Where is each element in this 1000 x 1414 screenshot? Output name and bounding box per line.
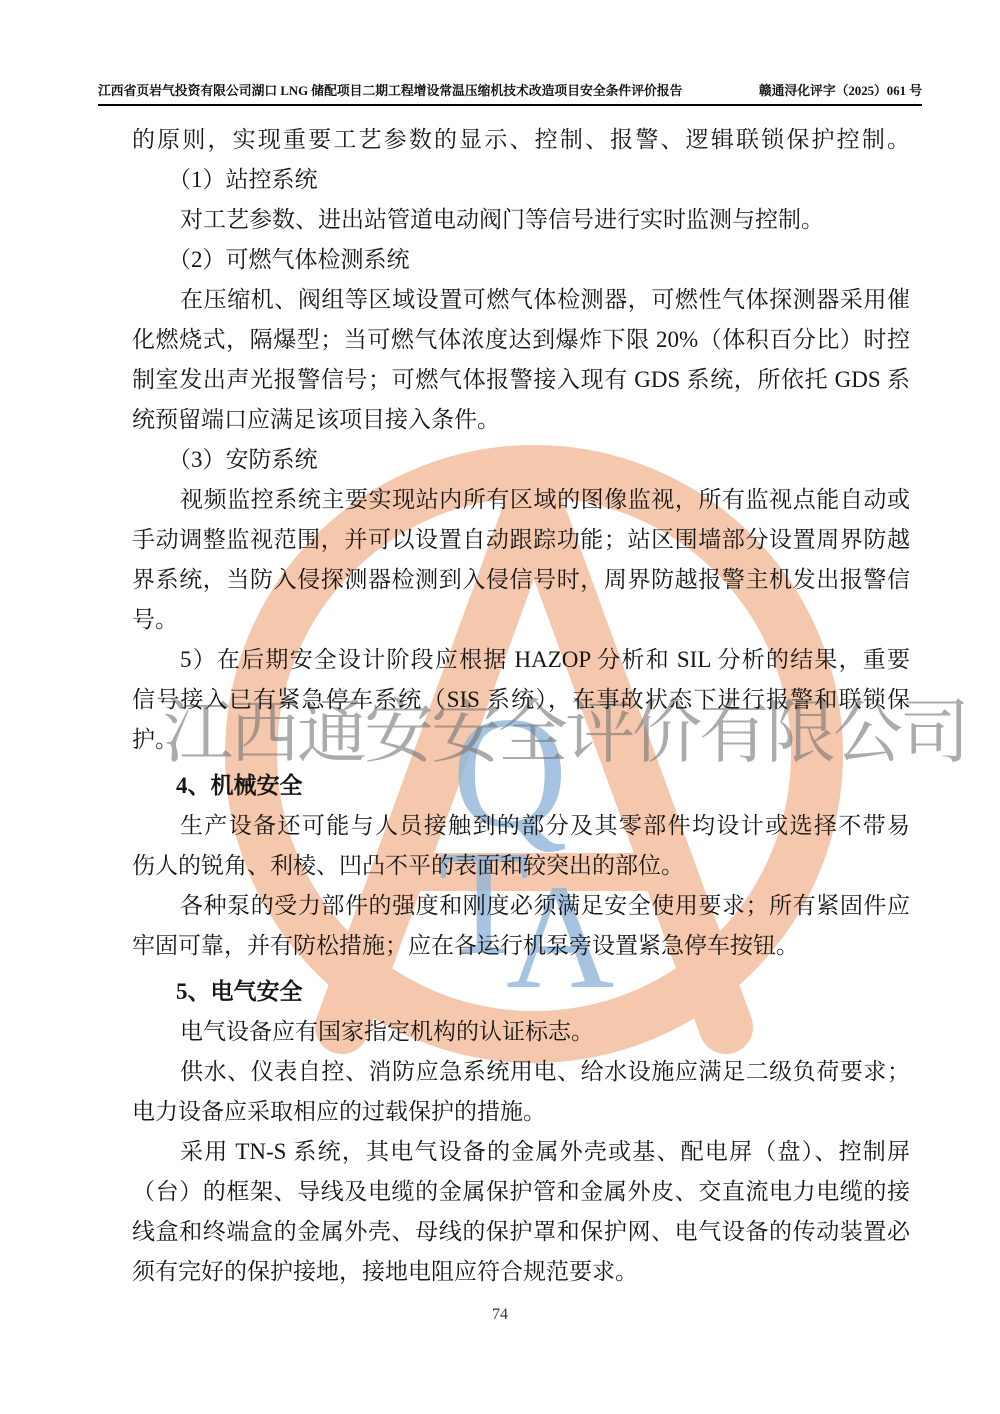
text-line: 信号接入已有紧急停车系统（SIS 系统），在事故状态下进行报警和联锁保: [132, 680, 910, 720]
text-line: 采用 TN-S 系统，其电气设备的金属外壳或基、配电屏（盘）、控制屏: [132, 1132, 910, 1172]
header-doc-number: 赣通浔化评字（2025）061 号: [759, 80, 922, 99]
text-line: 的原则，实现重要工艺参数的显示、控制、报警、逻辑联锁保护控制。: [132, 120, 910, 160]
text-line: 统预留端口应满足该项目接入条件。: [132, 400, 910, 440]
text-line: （1）站控系统: [132, 160, 910, 200]
section-heading: 5、电气安全: [132, 972, 910, 1012]
text-line: 须有完好的保护接地，接地电阻应符合规范要求。: [132, 1252, 910, 1292]
text-line: （2）可燃气体检测系统: [132, 240, 910, 280]
text-line: 牢固可靠，并有防松措施；应在各运行机泵旁设置紧急停车按钮。: [132, 926, 910, 966]
text-line: 生产设备还可能与人员接触到的部分及其零部件均设计或选择不带易: [132, 806, 910, 846]
document-body: 的原则，实现重要工艺参数的显示、控制、报警、逻辑联锁保护控制。（1）站控系统对工…: [132, 120, 910, 1292]
text-line: 视频监控系统主要实现站内所有区域的图像监视，所有监视点能自动或: [132, 480, 910, 520]
text-line: 电气设备应有国家指定机构的认证标志。: [132, 1012, 910, 1052]
text-line: 对工艺参数、进出站管道电动阀门等信号进行实时监测与控制。: [132, 200, 910, 240]
text-line: 线盒和终端盒的金属外壳、母线的保护罩和保护网、电气设备的传动装置必: [132, 1212, 910, 1252]
section-heading: 4、机械安全: [132, 766, 910, 806]
text-line: （3）安防系统: [132, 440, 910, 480]
text-line: 伤人的锐角、利棱、凹凸不平的表面和较突出的部位。: [132, 846, 910, 886]
text-line: （台）的框架、导线及电缆的金属保护管和金属外皮、交直流电力电缆的接: [132, 1172, 910, 1212]
header-title: 江西省页岩气投资有限公司湖口 LNG 储配项目二期工程增设常温压缩机技术改造项目…: [98, 80, 682, 99]
text-line: 化燃烧式，隔爆型；当可燃气体浓度达到爆炸下限 20%（体积百分比）时控: [132, 320, 910, 360]
text-line: 电力设备应采取相应的过载保护的措施。: [132, 1092, 910, 1132]
text-line: 供水、仪表自控、消防应急系统用电、给水设施应满足二级负荷要求；: [132, 1052, 910, 1092]
text-line: 5）在后期安全设计阶段应根据 HAZOP 分析和 SIL 分析的结果，重要: [132, 640, 910, 680]
page-header: 江西省页岩气投资有限公司湖口 LNG 储配项目二期工程增设常温压缩机技术改造项目…: [98, 80, 922, 106]
text-line: 界系统，当防入侵探测器检测到入侵信号时，周界防越报警主机发出报警信: [132, 560, 910, 600]
text-line: 号。: [132, 600, 910, 640]
document-page: 江西省页岩气投资有限公司湖口 LNG 储配项目二期工程增设常温压缩机技术改造项目…: [0, 0, 1000, 1414]
text-line: 制室发出声光报警信号；可燃气体报警接入现有 GDS 系统，所依托 GDS 系: [132, 360, 910, 400]
page-number: 74: [0, 1306, 1000, 1324]
text-line: 在压缩机、阀组等区域设置可燃气体检测器，可燃性气体探测器采用催: [132, 280, 910, 320]
text-line: 各种泵的受力部件的强度和刚度必须满足安全使用要求；所有紧固件应: [132, 886, 910, 926]
text-line: 手动调整监视范围，并可以设置自动跟踪功能；站区围墙部分设置周界防越: [132, 520, 910, 560]
text-line: 护。: [132, 720, 910, 760]
